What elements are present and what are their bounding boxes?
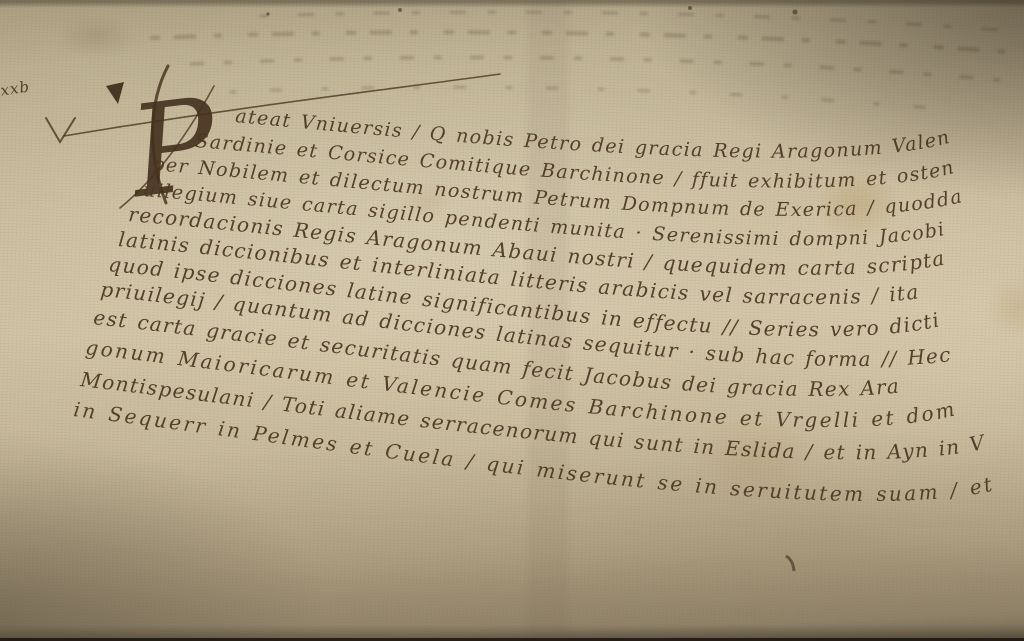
pen-fleck (786, 556, 794, 571)
margin-check-stroke (46, 118, 75, 142)
flourish-wedge (106, 82, 124, 104)
manuscript-text-layer: cxxb P ateat Vniuersis / Q nobis Petro d… (0, 0, 1024, 641)
show-through-ghost-text (150, 12, 1010, 108)
manuscript-photo: cxxb P ateat Vniuersis / Q nobis Petro d… (0, 0, 1024, 641)
folio-marginal-note: cxxb (0, 77, 31, 101)
